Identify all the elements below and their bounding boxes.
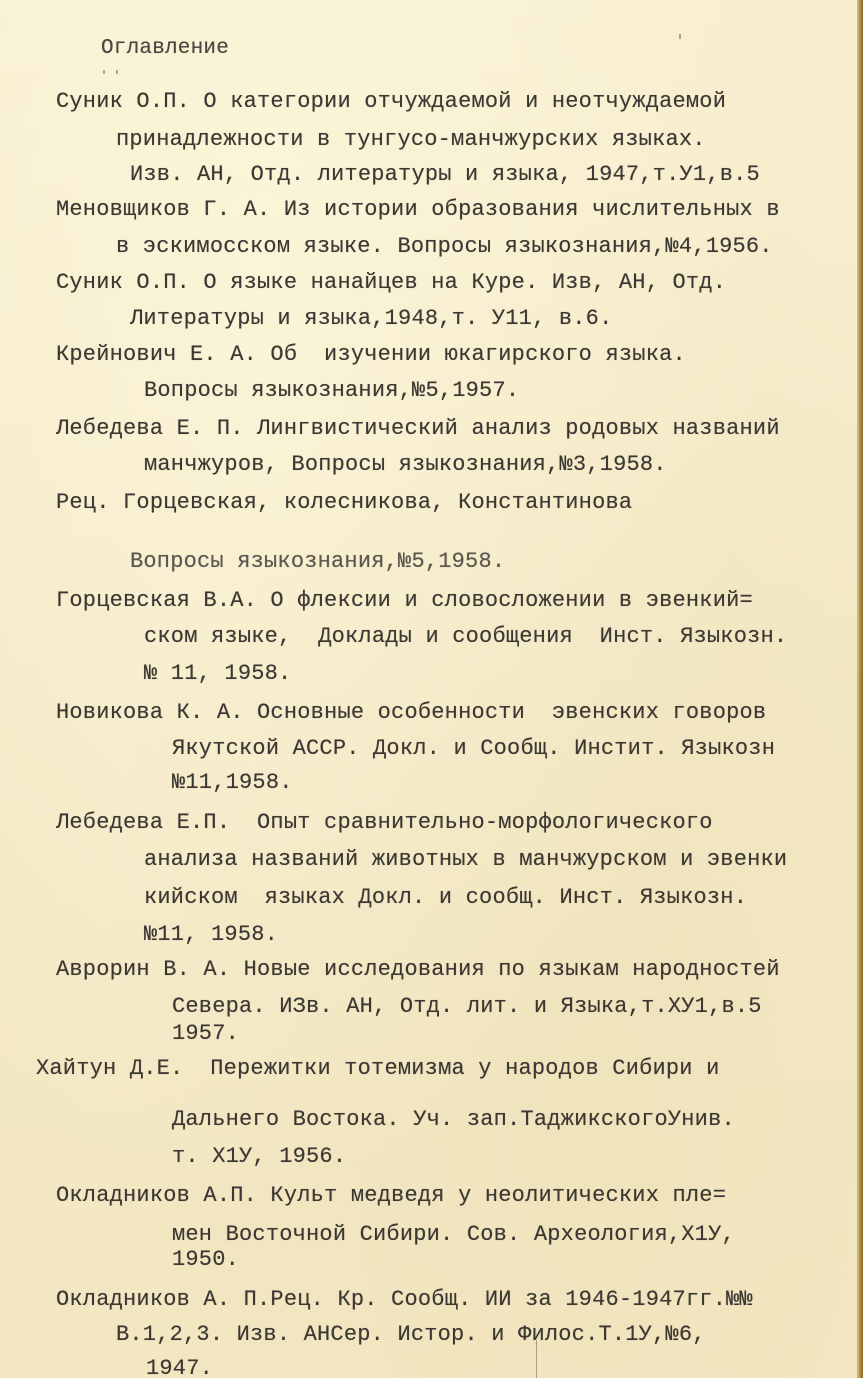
entry-line: 1950. [172, 1247, 239, 1273]
entry-line: мен Восточной Сибири. Сов. Археология,Х1… [172, 1222, 735, 1248]
entry-line: Литературы и языка,1948,т. У11, в.6. [130, 306, 612, 332]
entry-line: Дальнего Востока. Уч. зап.ТаджикскогоУни… [172, 1107, 735, 1133]
speck-mark [679, 34, 681, 39]
entry-line: В.1,2,3. Изв. АНСер. Истор. и Филос.Т.1У… [116, 1322, 706, 1348]
entry-line: Вопросы языкознания,№5,1958. [130, 549, 505, 575]
entry-line: т. Х1У, 1956. [172, 1144, 346, 1170]
entry-line: Крейнович Е. А. Об изучении юкагирского … [56, 342, 686, 368]
entry-line: Якутской АССР. Докл. и Сообщ. Инстит. Яз… [172, 736, 775, 762]
entry-line: №11,1958. [172, 770, 293, 796]
entry-line: Лебедева Е.П. Опыт сравнительно-морфолог… [56, 810, 713, 836]
entry-line: Меновщиков Г. А. Из истории образования … [56, 197, 780, 223]
entry-line: принадлежности в тунгусо-манчжурских язы… [116, 127, 706, 153]
entry-line: 1947. [146, 1356, 213, 1378]
entry-line: Лебедева Е. П. Лингвистический анализ ро… [56, 416, 780, 442]
entry-line: кийском языках Докл. и сообщ. Инст. Язык… [144, 885, 747, 911]
entry-line: Суник О.П. О языке нанайцев на Куре. Изв… [56, 270, 726, 296]
entry-line: №11, 1958. [144, 922, 278, 948]
entry-line: 1957. [172, 1021, 239, 1047]
entry-line: Суник О.П. О категории отчуждаемой и нео… [56, 89, 726, 115]
page-edge [857, 0, 863, 1378]
entry-line: Хайтун Д.Е. Пережитки тотемизма у народо… [36, 1056, 720, 1082]
entry-line: в эскимосском языке. Вопросы языкознания… [116, 234, 773, 260]
entry-line: Вопросы языкознания,№5,1957. [144, 378, 519, 404]
entry-line: манчжуров, Вопросы языкознания,№3,1958. [144, 452, 667, 478]
pencil-stroke [536, 1340, 537, 1378]
entry-line: Окладников А. П.Рец. Кр. Сообщ. ИИ за 19… [56, 1287, 753, 1313]
entry-line: анализа названий животных в манчжурском … [144, 847, 787, 873]
entry-line: Изв. АН, Отд. литературы и языка, 1947,т… [130, 162, 760, 188]
entry-line: Рец. Горцевская, колесникова, Константин… [56, 490, 632, 516]
entry-line: Горцевская В.А. О флексии и словосложени… [56, 588, 753, 614]
speck-mark [116, 70, 118, 74]
speck-mark [103, 70, 105, 74]
page-title: Оглавление [101, 36, 229, 62]
entry-line: № 11, 1958. [144, 661, 291, 687]
entry-line: Новикова К. А. Основные особенности эвен… [56, 700, 766, 726]
entry-line: Окладников А.П. Культ медведя у неолитич… [56, 1183, 726, 1209]
entry-line: ском языке, Доклады и сообщения Инст. Яз… [144, 624, 787, 650]
entry-line: Аврорин В. А. Новые исследования по язык… [56, 957, 780, 983]
entry-line: Севера. ИЗв. АН, Отд. лит. и Языка,т.ХУ1… [172, 994, 762, 1020]
